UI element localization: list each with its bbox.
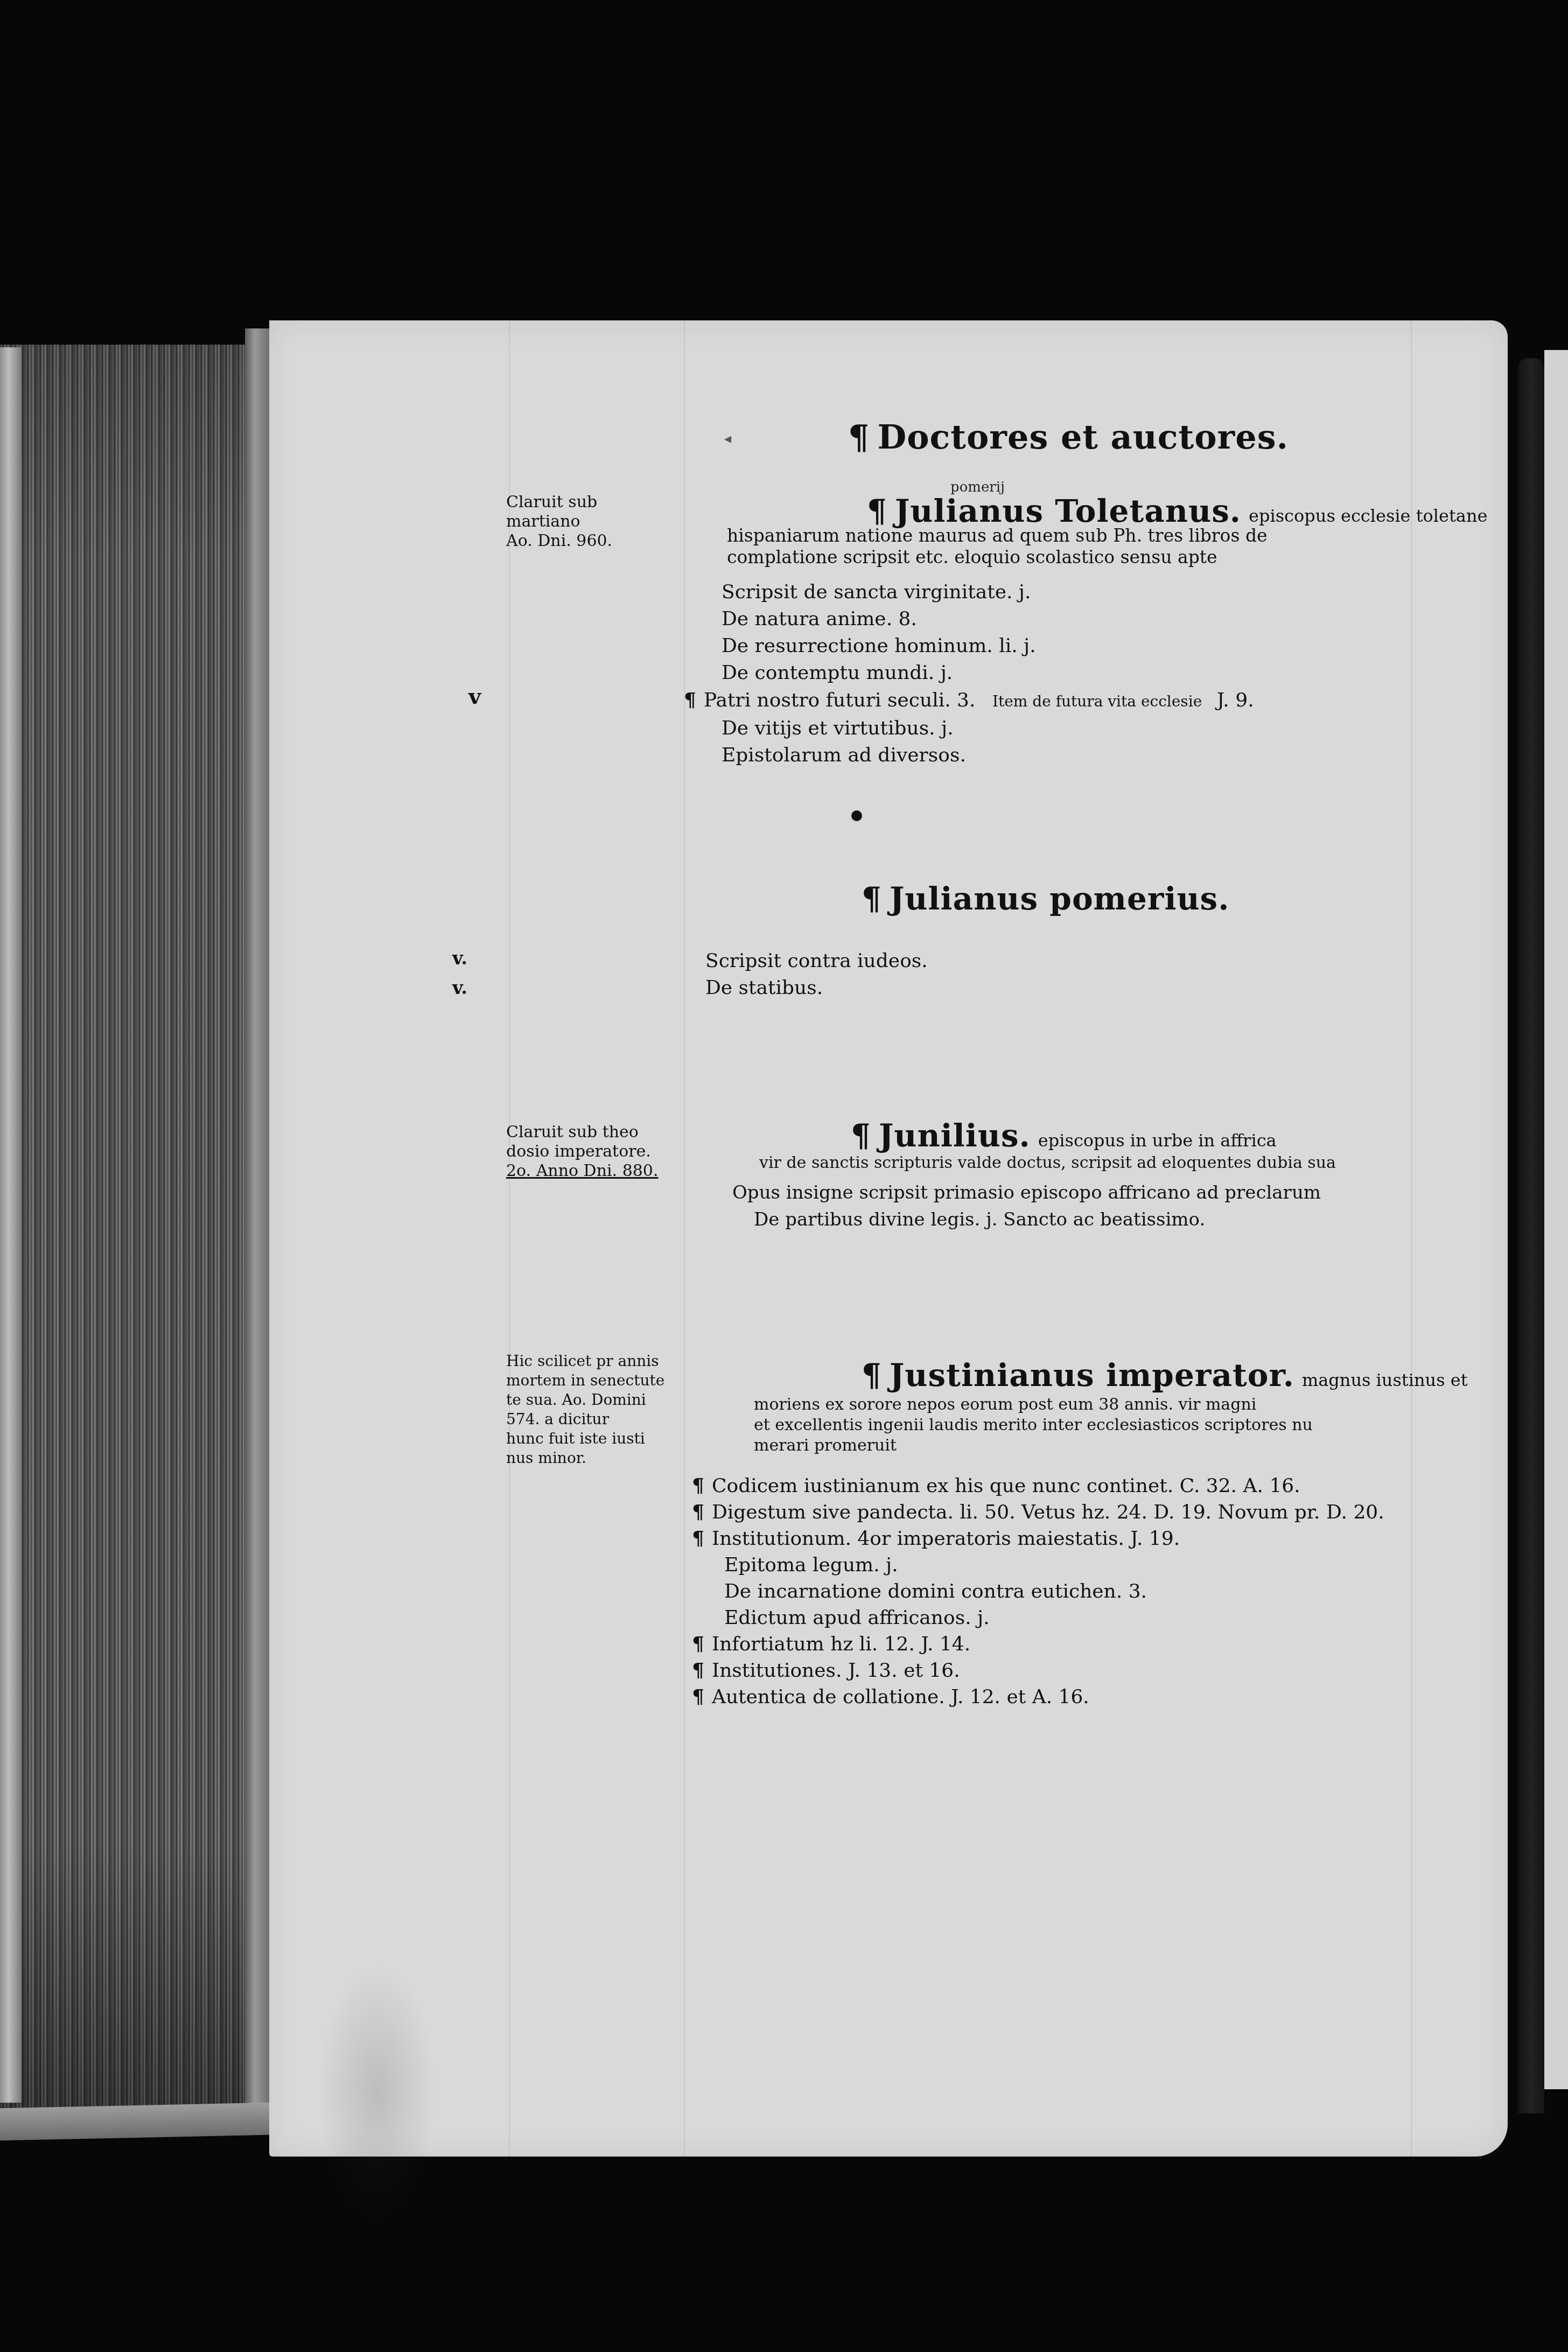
work-item: De resurrectione hominum. li. j. xyxy=(711,633,1254,660)
work-item: ¶Patri nostro futuri seculi. 3. Item de … xyxy=(684,687,1254,715)
work-item: De natura anime. 8. xyxy=(711,606,1254,633)
paragraph-mark-icon: ¶ xyxy=(862,1357,882,1394)
paragraph-mark-icon: ¶ xyxy=(867,493,887,529)
work-item: ¶Codicem iustinianum ex his que nunc con… xyxy=(692,1473,1384,1499)
margin-ruling-line xyxy=(684,320,685,2157)
struck-text: Item de futura vita ecclesie xyxy=(992,692,1202,710)
page-title: ¶Doctores et auctores. xyxy=(848,417,1289,457)
paragraph-mark-icon: ¶ xyxy=(848,417,870,457)
margin-mark-v: v. xyxy=(452,948,467,969)
left-fore-edge-pages xyxy=(0,345,269,2111)
ink-dot xyxy=(851,810,862,821)
work-item: ¶Infortiatum hz li. 12. J. 14. xyxy=(692,1631,1384,1657)
work-item: Opus insigne scripsit primasio episcopo … xyxy=(732,1179,1321,1206)
work-item: Edictum apud affricanos. j. xyxy=(692,1605,1384,1631)
margin-note-junilius: Claruit sub theo dosio imperatore. 2o. A… xyxy=(506,1123,658,1181)
margin-mark-v: v xyxy=(468,684,481,709)
margin-note-julianus-toletanus: Claruit sub martiano Ao. Dni. 960. xyxy=(506,493,612,551)
work-item: Scripsit de sancta virginitate. j. xyxy=(711,579,1254,606)
margin-note-justinianus: Hic scilicet pr annis mortem in senectut… xyxy=(506,1352,664,1468)
paragraph-mark-icon: ¶ xyxy=(851,1117,871,1154)
paragraph-mark-icon: ¶ xyxy=(862,880,882,917)
page-gutter-edge xyxy=(245,328,269,2122)
works-list-junilius: Opus insigne scripsit primasio episcopo … xyxy=(732,1179,1321,1233)
work-item: ¶Autentica de collatione. J. 12. et A. 1… xyxy=(692,1684,1384,1710)
works-list-julianus-toletanus: Scripsit de sancta virginitate. j. De na… xyxy=(711,579,1254,769)
work-item: Scripsit contra iudeos. xyxy=(705,948,928,975)
entry-intro: hispaniarum natione maurus ad quem sub P… xyxy=(727,525,1268,568)
left-cover-edge xyxy=(0,347,22,2103)
work-item: ¶Institutiones. J. 13. et 16. xyxy=(692,1657,1384,1684)
entry-heading-julianus-toletanus: ¶Julianus Toletanus.episcopus ecclesie t… xyxy=(867,493,1487,529)
entry-heading-julianus-pomerius: ¶Julianus pomerius. xyxy=(862,880,1229,917)
book-photograph xyxy=(0,0,1568,2352)
works-list-julianus-pomerius: Scripsit contra iudeos. De statibus. xyxy=(705,948,928,1002)
work-item: Epistolarum ad diversos. xyxy=(711,742,1254,769)
paragraph-mark-icon: ¶ xyxy=(684,689,696,711)
work-item: ¶Institutionum. 4or imperatoris maiestat… xyxy=(692,1525,1384,1552)
work-item: De contemptu mundi. j. xyxy=(711,660,1254,687)
margin-ruling-line xyxy=(1411,320,1412,2157)
margin-ruling-line xyxy=(509,320,510,2157)
entry-heading-junilius: ¶Junilius.episcopus in urbe in affrica xyxy=(851,1117,1277,1154)
works-list-justinianus: ¶Codicem iustinianum ex his que nunc con… xyxy=(692,1473,1384,1710)
work-item: Epitoma legum. j. xyxy=(692,1552,1384,1578)
entry-intro: moriens ex sorore nepos eorum post eum 3… xyxy=(754,1395,1313,1456)
work-item: De statibus. xyxy=(705,975,928,1002)
entry-intro: vir de sanctis scripturis valde doctus, … xyxy=(759,1152,1336,1174)
work-item: De partibus divine legis. j. Sancto ac b… xyxy=(732,1206,1321,1233)
entry-heading-justinianus: ¶Justinianus imperator.magnus iustinus e… xyxy=(862,1357,1468,1394)
facing-page-edge xyxy=(1544,350,1568,2089)
caret-mark-icon: ◂ xyxy=(724,431,731,447)
work-item: De incarnatione domini contra eutichen. … xyxy=(692,1578,1384,1605)
work-item: ¶Digestum sive pandecta. li. 50. Vetus h… xyxy=(692,1499,1384,1525)
margin-mark-v: v. xyxy=(452,977,467,999)
work-item: De vitijs et virtutibus. j. xyxy=(711,715,1254,742)
right-page-divider xyxy=(1517,358,1544,2113)
